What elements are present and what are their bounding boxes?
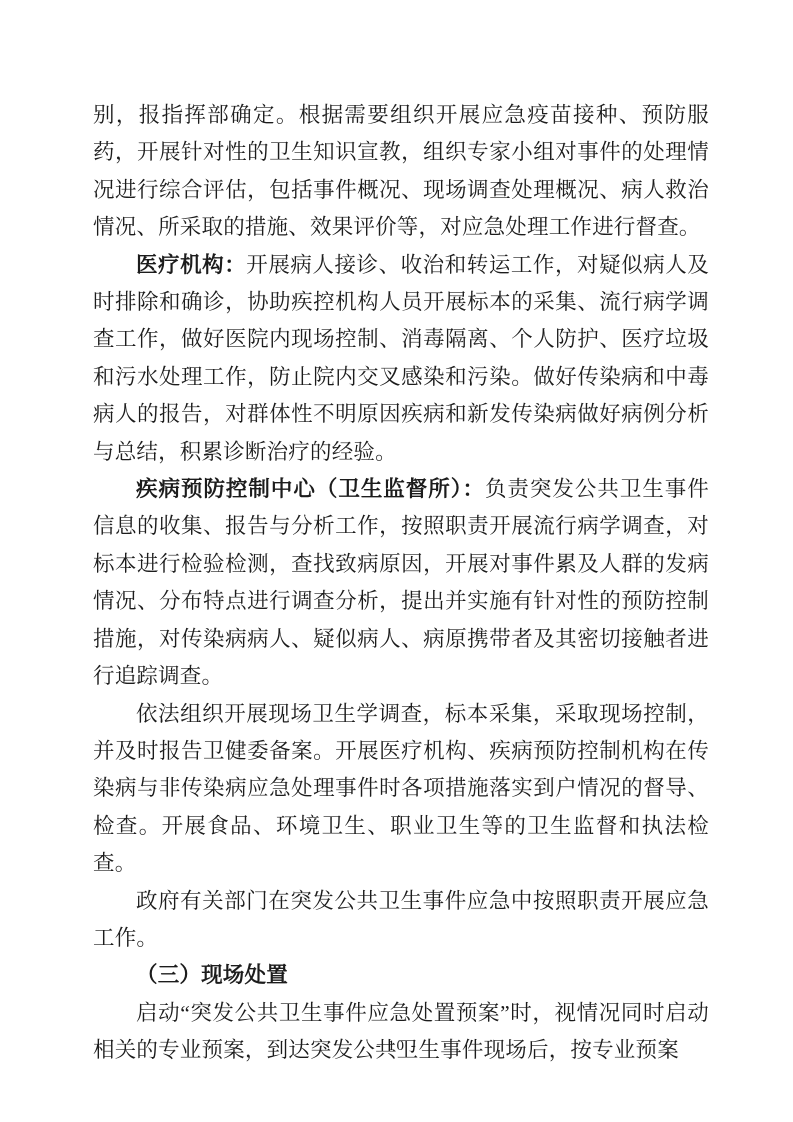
paragraph-text: 别，报指挥部确定。根据需要组织开展应急疫苗接种、预防服药，开展针对性的卫生知识宣…: [93, 103, 709, 239]
document-page: 别，报指挥部确定。根据需要组织开展应急疫苗接种、预防服药，开展针对性的卫生知识宣…: [0, 0, 793, 1122]
paragraph-text: 政府有关部门在突发公共卫生事件应急中按照职责开展应急工作。: [93, 889, 709, 950]
paragraph-lead: 医疗机构：: [136, 253, 246, 277]
page-number: - 10 -: [0, 1038, 793, 1055]
paragraph: 启动“突发公共卫生事件应急处置预案”时，视情况同时启动相关的专业预案，到达突发公…: [93, 995, 709, 1070]
paragraph-lead: 疾病预防控制中心（卫生监督所）：: [136, 477, 485, 501]
paragraph: 依法组织开展现场卫生学调查，标本采集，采取现场控制，并及时报告卫健委备案。开展医…: [93, 696, 709, 883]
page-body: 别，报指挥部确定。根据需要组织开展应急疫苗接种、预防服药，开展针对性的卫生知识宣…: [93, 97, 709, 1070]
paragraph-text: 依法组织开展现场卫生学调查，标本采集，采取现场控制，并及时报告卫健委备案。开展医…: [93, 702, 709, 876]
paragraph: 别，报指挥部确定。根据需要组织开展应急疫苗接种、预防服药，开展针对性的卫生知识宣…: [93, 97, 709, 247]
section-heading: （三）现场处置: [93, 957, 709, 994]
paragraph-text: 开展病人接诊、收治和转运工作，对疑似病人及时排除和确诊，协助疾控机构人员开展标本…: [93, 253, 709, 464]
paragraph: 政府有关部门在突发公共卫生事件应急中按照职责开展应急工作。: [93, 883, 709, 958]
paragraph: 医疗机构：开展病人接诊、收治和转运工作，对疑似病人及时排除和确诊，协助疾控机构人…: [93, 247, 709, 471]
section-heading-text: （三）现场处置: [136, 963, 288, 987]
paragraph: 疾病预防控制中心（卫生监督所）：负责突发公共卫生事件信息的收集、报告与分析工作，…: [93, 471, 709, 695]
paragraph-text: 负责突发公共卫生事件信息的收集、报告与分析工作，按照职责开展流行病学调查，对标本…: [93, 477, 709, 688]
